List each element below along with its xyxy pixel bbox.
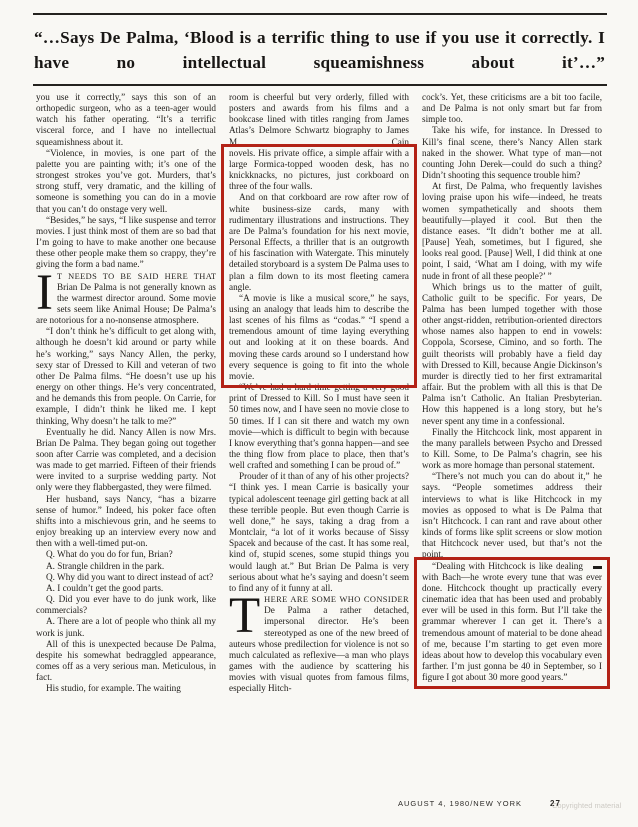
paragraph: room is cheerful but very orderly, fille… [229,92,409,148]
end-of-article-icon: ▬ [583,561,602,572]
paragraph: Which brings us to the matter of guilt, … [422,282,602,427]
article-column-3: cock’s. Yet, these criticisms are a bit … [422,92,602,804]
paragraph: Finally the Hitchcock link, most apparen… [422,427,602,472]
paragraph: A. I couldn’t get the good parts. [36,583,216,594]
drop-cap: I [36,273,53,313]
article-column-1: you use it correctly,” says this son of … [36,92,216,804]
paragraph: Q. Did you ever have to do junk work, li… [36,594,216,616]
mid-rule [33,84,607,86]
paragraph: IT NEEDS TO BE SAID HERE THAT Brian De P… [36,271,216,327]
paragraph: “We’ve had a hard time getting a very go… [229,382,409,471]
paragraph: A. There are a lot of people who think a… [36,616,216,638]
paragraph: All of this is unexpected because De Pal… [36,639,216,684]
paragraph: His studio, for example. The waiting [36,683,216,694]
paragraph: Her husband, says Nancy, “has a bizarre … [36,494,216,550]
small-caps-lead: T NEEDS TO BE SAID HERE THAT [57,272,216,281]
magazine-page: “…Says De Palma, ‘Blood is a terrific th… [0,0,638,827]
paragraph: ▬“Dealing with Hitchcock is like dealing… [422,561,602,684]
paragraph: Prouder of it than of any of his other p… [229,471,409,594]
paragraph: And on that corkboard are row after row … [229,192,409,292]
paragraph: Q. Why did you want to direct instead of… [36,572,216,583]
paragraph: novels. His private office, a simple aff… [229,148,409,193]
article-body: you use it correctly,” says this son of … [36,92,602,804]
paragraph: Take his wife, for instance. In Dressed … [422,125,602,181]
paragraph: Q. What do you do for fun, Brian? [36,549,216,560]
small-caps-lead: HERE ARE SOME WHO CONSIDER [264,595,409,604]
copyright-watermark: Copyrighted material [552,801,621,810]
drop-cap: T [229,596,260,636]
paragraph: A. Strangle children in the park. [36,561,216,572]
paragraph: you use it correctly,” says this son of … [36,92,216,148]
paragraph: “Besides,” he says, “I like suspense and… [36,215,216,271]
paragraph: “I don’t think he’s difficult to get alo… [36,326,216,426]
paragraph: Eventually he did. Nancy Allen is now Mr… [36,427,216,494]
paragraph: “Violence, in movies, is one part of the… [36,148,216,215]
page-footer: AUGUST 4, 1980/NEW YORK27 [398,799,561,808]
article-column-2: room is cheerful but very orderly, fille… [229,92,409,804]
paragraph: cock’s. Yet, these criticisms are a bit … [422,92,602,125]
paragraph: “A movie is like a musical score,” he sa… [229,293,409,382]
top-rule [33,13,607,15]
pull-quote: “…Says De Palma, ‘Blood is a terrific th… [34,25,605,75]
paragraph: At first, De Palma, who frequently lavis… [422,181,602,281]
paragraph: “There’s not much you can do about it,” … [422,471,602,560]
issue-date: AUGUST 4, 1980/NEW YORK [398,799,522,808]
paragraph: THERE ARE SOME WHO CONSIDER De Palma a r… [229,594,409,694]
